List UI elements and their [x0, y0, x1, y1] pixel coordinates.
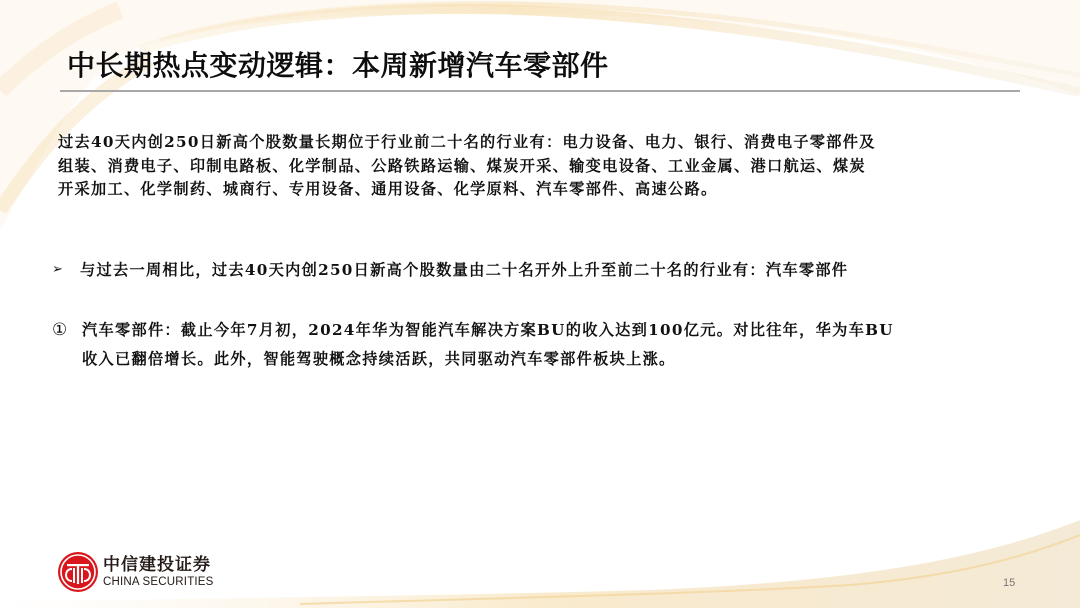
page-number: 15	[1003, 577, 1015, 589]
citic-emblem-icon	[57, 551, 99, 593]
company-logo: 中信建投证券 CHINA SECURITIES	[57, 551, 214, 593]
logo-english-name: CHINA SECURITIES	[103, 575, 214, 589]
paragraph-line: 开采加工、化学制药、城商行、专用设备、通用设备、化学原料、汽车零部件、高速公路。	[58, 178, 1058, 202]
numbered-item-line: 汽车零部件：截止今年7月初，2024年华为智能汽车解决方案BU的收入达到100亿…	[82, 316, 894, 345]
logo-chinese-name: 中信建投证券	[103, 555, 214, 575]
bullet-text: 与过去一周相比，过去40天内创250日新高个股数量由二十名开外上升至前二十名的行…	[80, 259, 848, 280]
circled-number-icon: ①	[52, 316, 82, 345]
paragraph-line: 过去40天内创250日新高个股数量长期位于行业前二十名的行业有：电力设备、电力、…	[58, 131, 1058, 155]
slide: 中长期热点变动逻辑：本周新增汽车零部件 过去40天内创250日新高个股数量长期位…	[0, 0, 1080, 608]
numbered-item: ① 汽车零部件：截止今年7月初，2024年华为智能汽车解决方案BU的收入达到10…	[52, 316, 894, 374]
paragraph-line: 组装、消费电子、印制电路板、化学制品、公路铁路运输、煤炭开采、输变电设备、工业金…	[58, 155, 1058, 179]
slide-title: 中长期热点变动逻辑：本周新增汽车零部件	[67, 44, 609, 84]
bullet-item: ➢ 与过去一周相比，过去40天内创250日新高个股数量由二十名开外上升至前二十名…	[52, 259, 848, 280]
arrow-bullet-icon: ➢	[52, 262, 66, 277]
intro-paragraph: 过去40天内创250日新高个股数量长期位于行业前二十名的行业有：电力设备、电力、…	[58, 131, 1058, 202]
title-divider	[60, 90, 1020, 92]
numbered-item-line: 收入已翻倍增长。此外，智能驾驶概念持续活跃，共同驱动汽车零部件板块上涨。	[52, 345, 894, 374]
